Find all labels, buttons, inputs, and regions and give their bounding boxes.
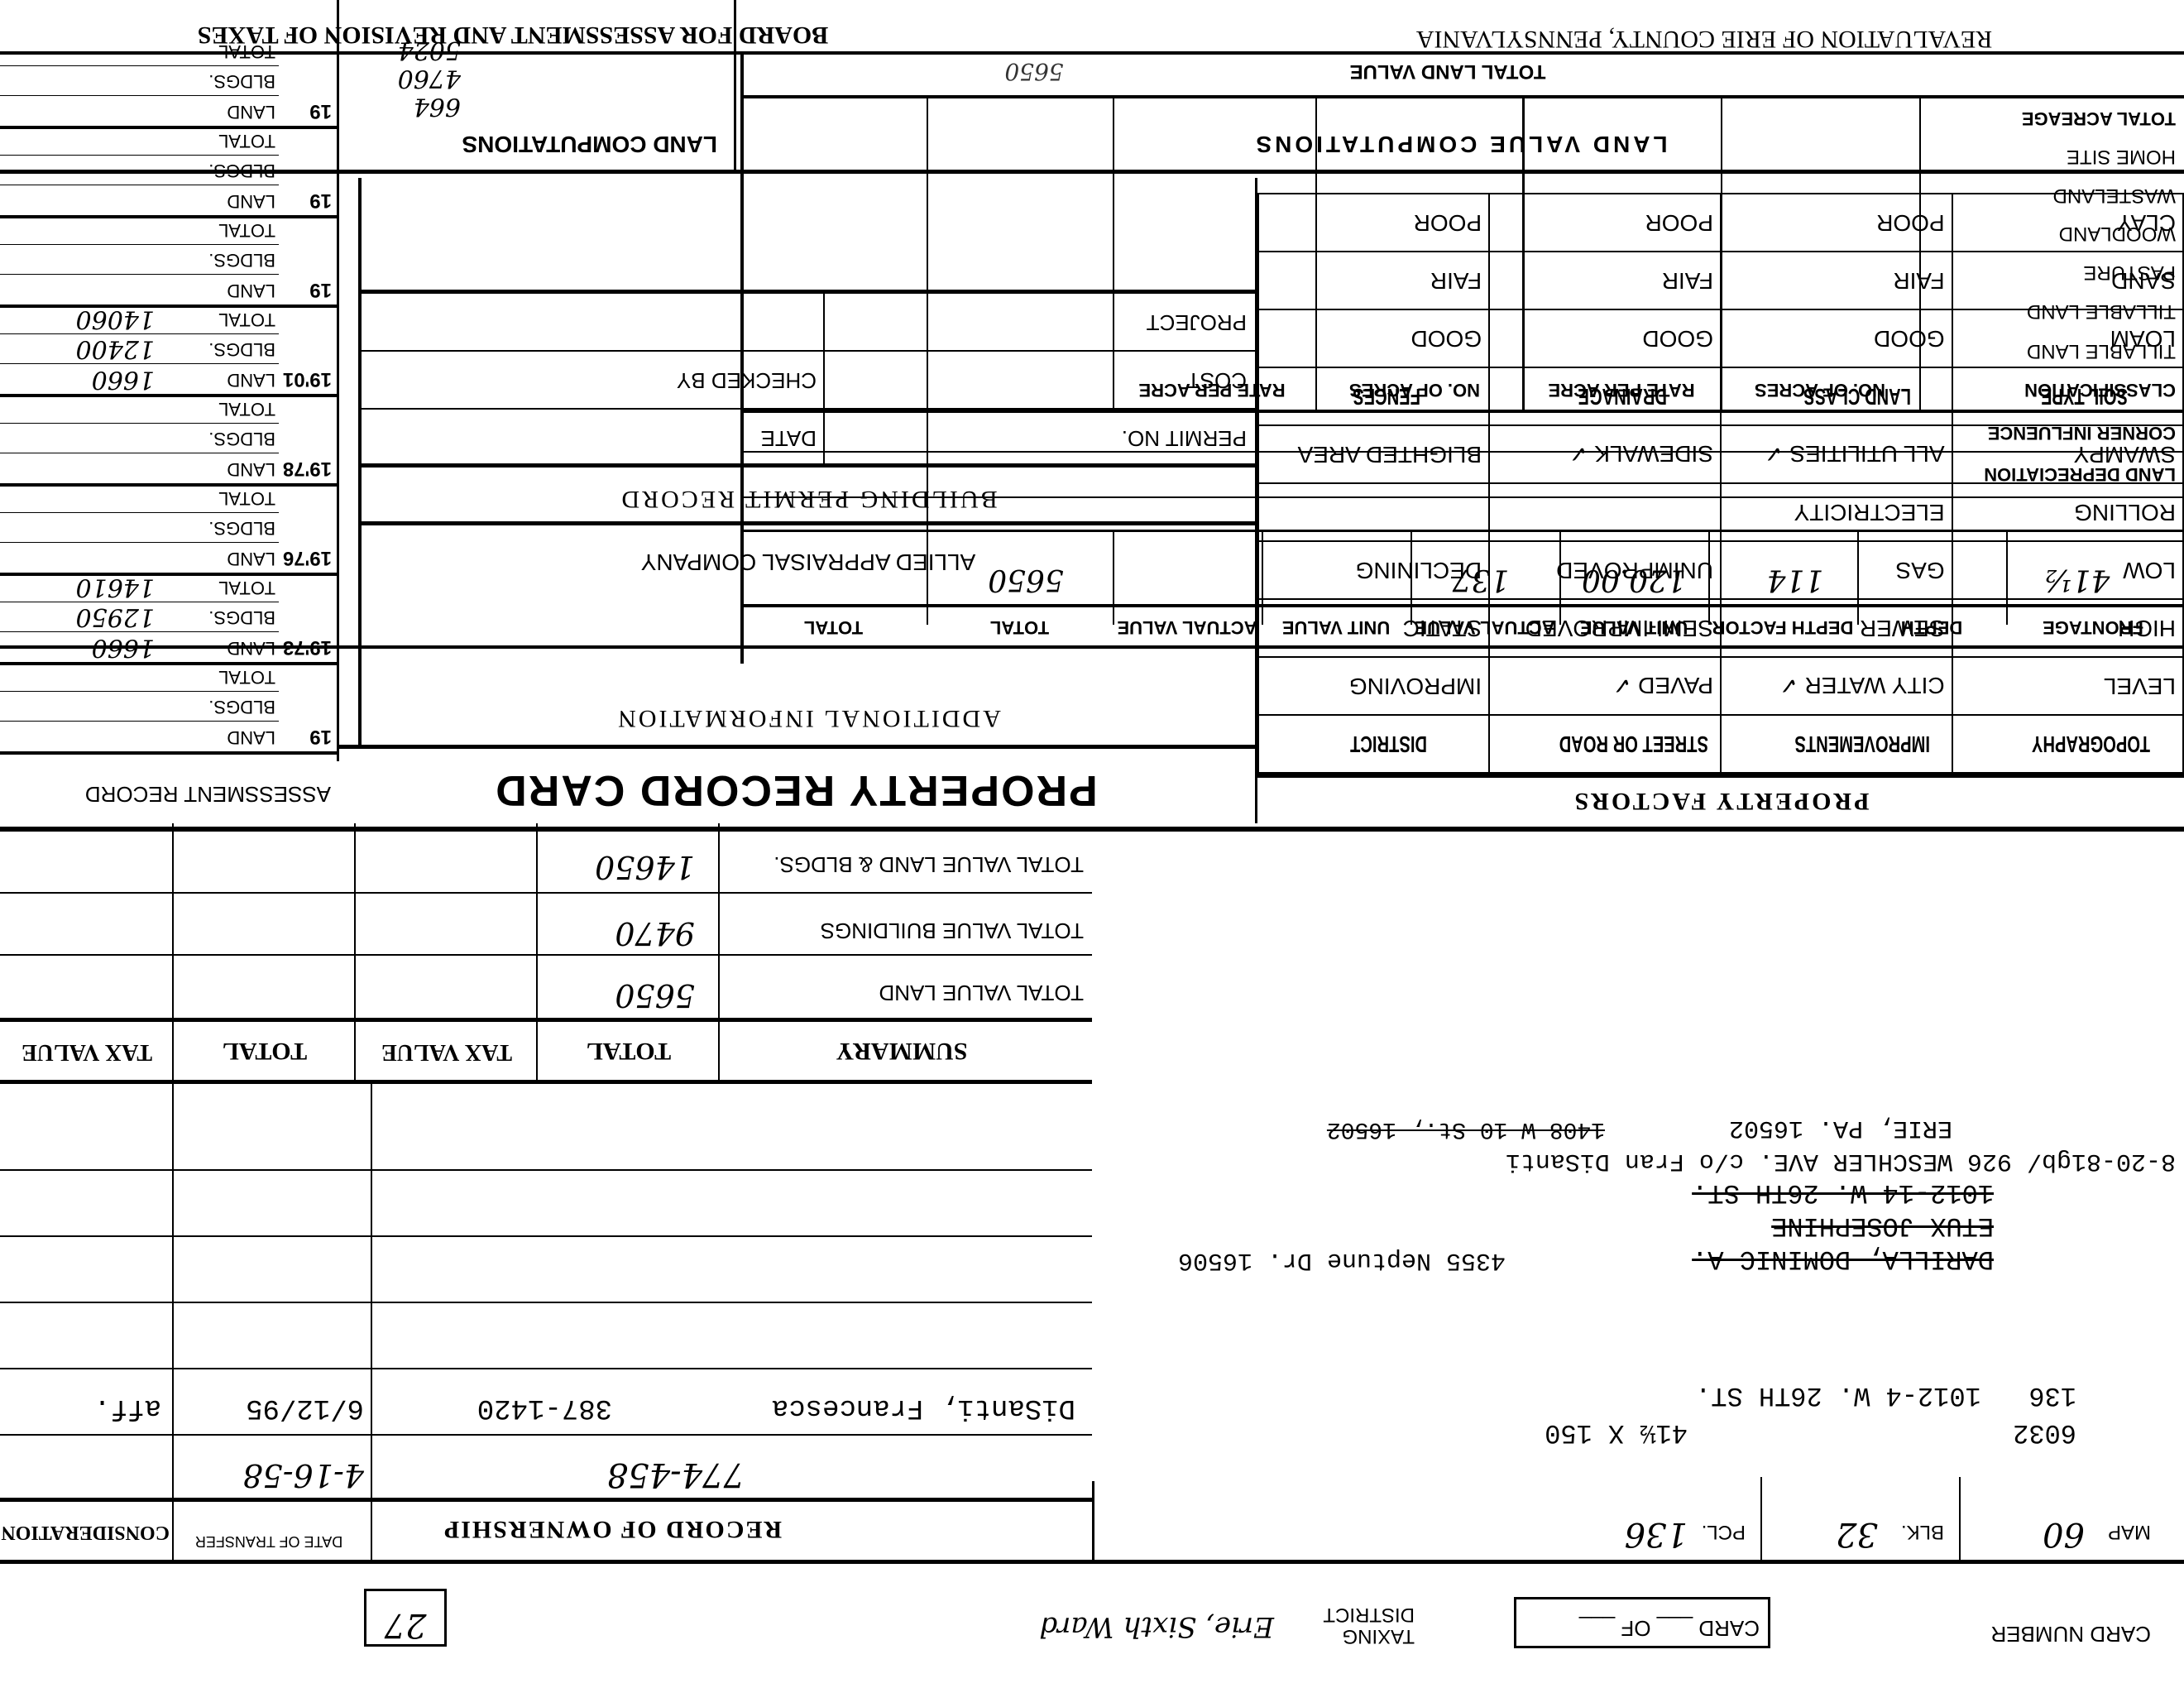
factor-low: LOW bbox=[1952, 541, 2183, 599]
assessment-row-label: LAND bbox=[227, 190, 275, 212]
card-of-box: CARD ___ OF ___ bbox=[1514, 1597, 1770, 1648]
mailing-old-address: 1408 W 10 St., 16502 bbox=[1327, 1116, 1605, 1142]
blk-label: BLK. bbox=[1901, 1520, 1944, 1543]
owner-line-situs: 136 1012-4 W. 26TH ST. bbox=[1695, 1380, 2076, 1411]
owner-address-block: 6032 41½ X 150 136 1012-4 W. 26TH ST. DA… bbox=[1092, 1134, 2184, 1481]
assessment-row-total: TOTAL bbox=[0, 215, 279, 245]
assessment-row-land: LAND bbox=[0, 722, 279, 751]
land-computations-title: LAND COMPUTATIONS bbox=[462, 131, 718, 157]
prior-owner-address: 1012-14 W. 26TH ST. bbox=[1692, 1177, 1994, 1208]
assessment-row-land: LAND bbox=[0, 96, 279, 126]
ownership-deed-1: 774-458 bbox=[607, 1455, 745, 1494]
property-record-card: CARD NUMBER CARD ___ OF ___ TAXING DISTR… bbox=[0, 0, 2184, 1688]
assessment-row-label: TOTAL bbox=[218, 666, 275, 688]
col-land-class: LAND CLASS bbox=[1803, 383, 1911, 410]
assessment-row-label: LAND bbox=[227, 458, 275, 480]
factor-swampy: SWAMPY bbox=[1952, 425, 2183, 483]
summary-total-header: TOTAL bbox=[538, 1037, 720, 1065]
assessment-row-bldgs: BLDGS. bbox=[0, 245, 279, 275]
assessment-row-total: TOTAL bbox=[0, 662, 279, 692]
assessment-row-label: LAND bbox=[227, 101, 275, 122]
summary-title: SUMMARY bbox=[736, 1037, 1067, 1065]
assessment-row-label: BLDGS. bbox=[208, 428, 275, 449]
factor-electricity: ELECTRICITY bbox=[1721, 483, 1952, 541]
factor-unimproved: UNIMPROVED bbox=[1489, 541, 1721, 599]
map-value: 60 bbox=[2043, 1515, 2085, 1553]
drainage-good: GOOD bbox=[1489, 309, 1721, 367]
prior-owner-name: DARILLA, DOMINIC A. bbox=[1692, 1244, 1994, 1274]
summary-buildings-label: TOTAL VALUE BUILDINGS bbox=[821, 918, 1084, 943]
assessment-row-total: TOTAL14060 bbox=[0, 305, 279, 334]
assessment-value: 1660 bbox=[92, 633, 155, 662]
assessment-row-total: TOTAL bbox=[0, 36, 279, 66]
summary-land-bldgs-label: TOTAL VALUE LAND & BLDGS. bbox=[773, 851, 1084, 877]
summary-tax-value-header-2: TAX VALUE bbox=[0, 1038, 174, 1065]
permit-date-label: DATE bbox=[761, 425, 817, 451]
assessment-year: 19'01 bbox=[282, 367, 332, 391]
col-improvements: IMPROVEMENTS bbox=[1795, 731, 1931, 757]
assessment-year-block: 19LANDBLDGS.TOTAL bbox=[0, 218, 337, 308]
assessment-row-label: BLDGS. bbox=[208, 607, 275, 628]
taxing-district-label: TAXING DISTRICT bbox=[1274, 1604, 1415, 1647]
assessment-row-land: LAND bbox=[0, 543, 279, 573]
assessment-year-block: 19LANDBLDGS.TOTAL bbox=[0, 665, 337, 755]
property-factors-title: PROPERTY FACTORS bbox=[1257, 787, 2184, 815]
summary-buildings-total: 9470 bbox=[615, 915, 695, 952]
assessment-year-block: 19'76LANDBLDGS.TOTAL bbox=[0, 487, 337, 576]
assessment-row-bldgs: BLDGS. bbox=[0, 692, 279, 722]
assessment-year: 19'78 bbox=[282, 457, 332, 480]
ownership-owner-2: DiSanti, Francesca bbox=[772, 1392, 1075, 1423]
mailing-note: 8-20-81gb/ 926 WESCHLER AVE. c/o Fran Di… bbox=[1506, 1147, 2176, 1175]
owner-line-account: 6032 bbox=[2013, 1417, 2076, 1448]
assessment-row-label: BLDGS. bbox=[208, 338, 275, 360]
assessment-year: 19 bbox=[282, 99, 332, 122]
checkmark-icon: ✓ bbox=[1764, 442, 1783, 468]
factor-improving: IMPROVING bbox=[1258, 657, 1489, 715]
assessment-row-land: LAND bbox=[0, 453, 279, 483]
assessment-row-label: LAND bbox=[227, 637, 275, 659]
assessment-row-label: LAND bbox=[227, 548, 275, 569]
summary-land-total: 5650 bbox=[615, 977, 695, 1014]
assessment-year: 19 bbox=[282, 278, 332, 301]
factor-level: LEVEL bbox=[1952, 657, 2183, 715]
owner-line-lot-size: 41½ X 150 bbox=[1545, 1417, 1688, 1448]
assessment-row-total: TOTAL bbox=[0, 126, 279, 156]
assessment-year-block: 19'01LAND1660BLDGS.12400TOTAL14060 bbox=[0, 308, 337, 397]
assessment-grid: 19LANDBLDGS.TOTAL19'73LAND1660BLDGS.1295… bbox=[0, 0, 339, 761]
factor-all-utilities: ALL UTILITIES ✓ bbox=[1721, 425, 1952, 483]
ownership-title: RECORD OF OWNERSHIP bbox=[364, 1515, 860, 1543]
card-id-strip: CARD NUMBER CARD ___ OF ___ TAXING DISTR… bbox=[0, 1572, 2184, 1655]
card-number-label: CARD NUMBER bbox=[1985, 1622, 2151, 1647]
factor-sidewalk: SIDEWALK ✓ bbox=[1489, 425, 1721, 483]
land-class-fair: FAIR bbox=[1721, 252, 1952, 309]
assessment-row-bldgs: BLDGS. bbox=[0, 66, 279, 96]
assessment-value: 14610 bbox=[76, 573, 155, 602]
col-topography: TOPOGRAPHY bbox=[2032, 731, 2150, 757]
current-address: 4355 Neptune Dr. 16506 bbox=[1178, 1246, 1506, 1274]
fences-fair: FAIR bbox=[1258, 252, 1489, 309]
assessment-row-label: TOTAL bbox=[218, 577, 275, 598]
assessment-row-label: BLDGS. bbox=[208, 696, 275, 717]
col-district: DISTRICT bbox=[1350, 731, 1427, 757]
fences-good: GOOD bbox=[1258, 309, 1489, 367]
factor-city-water: CITY WATER ✓ bbox=[1721, 657, 1952, 715]
assessment-row-label: TOTAL bbox=[218, 398, 275, 420]
assessment-row-label: TOTAL bbox=[218, 309, 275, 330]
assessment-value: 12400 bbox=[76, 334, 155, 363]
assessment-row-label: LAND bbox=[227, 727, 275, 748]
factor-rolling: ROLLING bbox=[1952, 483, 2183, 541]
property-factors-grid: TOPOGRAPHY IMPROVEMENTS STREET OR ROAD D… bbox=[1257, 193, 2184, 774]
land-value-title: LAND VALUE COMPUTATIONS bbox=[736, 131, 2184, 157]
assessment-row-land: LAND bbox=[0, 185, 279, 215]
assessment-row-bldgs: BLDGS. bbox=[0, 424, 279, 453]
consideration-header: CONSIDERATION bbox=[1, 1521, 170, 1543]
assessment-row-bldgs: BLDGS.12950 bbox=[0, 602, 279, 632]
prior-owner-etux: ETUX JOSEPHINE bbox=[1771, 1211, 1994, 1241]
col-fences: FENCES bbox=[1353, 383, 1421, 410]
col-street-or-road: STREET OR ROAD bbox=[1559, 731, 1708, 757]
mailing-city: ERIE, PA. 16502 bbox=[1729, 1114, 1952, 1142]
pcl-value: 136 bbox=[1625, 1515, 1688, 1553]
soil-loam: LOAM bbox=[1952, 309, 2183, 367]
drainage-poor: POOR bbox=[1489, 194, 1721, 252]
property-factors: PROPERTY FACTORS TOPOGRAPHY IMPROVEMENTS… bbox=[1257, 178, 2184, 823]
assessment-row-label: BLDGS. bbox=[208, 517, 275, 539]
record-card-center: PROPERTY RECORD CARD ADDITIONAL INFORMAT… bbox=[339, 178, 1257, 823]
assessment-year-block: 19'73LAND1660BLDGS.12950TOTAL14610 bbox=[0, 576, 337, 665]
assessment-value: 1660 bbox=[92, 365, 155, 394]
assessment-row-label: TOTAL bbox=[218, 219, 275, 241]
assessment-row-total: TOTAL bbox=[0, 483, 279, 513]
record-card-title: PROPERTY RECORD CARD bbox=[337, 765, 1255, 815]
soil-clay: CLAY bbox=[1952, 194, 2183, 252]
assessment-row-total: TOTAL14610 bbox=[0, 573, 279, 602]
ownership-consideration-2: aff. bbox=[93, 1392, 161, 1423]
assessment-row-land: LAND1660 bbox=[0, 364, 279, 394]
checkmark-icon: ✓ bbox=[1612, 674, 1631, 699]
summary-table: SUMMARY TOTAL TAX VALUE TOTAL TAX VALUE … bbox=[0, 827, 1092, 1084]
assessment-row-bldgs: BLDGS. bbox=[0, 513, 279, 543]
permit-cost-label: COST bbox=[1187, 367, 1247, 393]
assessment-year: 19 bbox=[282, 189, 332, 212]
assessment-row-total: TOTAL bbox=[0, 394, 279, 424]
summary-total-header-2: TOTAL bbox=[174, 1037, 356, 1065]
pcl-label: PCL. bbox=[1702, 1520, 1746, 1543]
assessment-row-label: TOTAL bbox=[218, 130, 275, 151]
col-drainage: DRAINAGE bbox=[1578, 383, 1667, 410]
map-label: MAP bbox=[2108, 1520, 2151, 1543]
assessment-row-label: TOTAL bbox=[218, 487, 275, 509]
ownership-record: RECORD OF OWNERSHIP DATE OF TRANSFER CON… bbox=[0, 1084, 1092, 1564]
blk-value: 32 bbox=[1836, 1515, 1878, 1553]
assessment-title: ASSESSMENT RECORD bbox=[85, 781, 331, 807]
assessment-year: 19'73 bbox=[282, 635, 332, 659]
checkmark-icon: ✓ bbox=[1779, 674, 1798, 699]
permit-checked-by-label: CHECKED BY bbox=[677, 367, 817, 393]
assessment-row-bldgs: BLDGS.12400 bbox=[0, 334, 279, 364]
assessment-row-label: BLDGS. bbox=[208, 249, 275, 271]
permit-no-label: PERMIT NO. bbox=[1122, 425, 1247, 451]
ownership-deed-2: 387-1420 bbox=[477, 1392, 612, 1423]
assessment-year: 19'76 bbox=[282, 546, 332, 569]
assessment-year-block: 19LANDBLDGS.TOTAL bbox=[0, 129, 337, 218]
assessment-year-block: 19LANDBLDGS.TOTAL bbox=[0, 40, 337, 129]
factor-high: HIGH bbox=[1952, 599, 2183, 657]
permit-record-title: BUILDING PERMIT RECORD bbox=[362, 485, 1255, 513]
drainage-fair: FAIR bbox=[1489, 252, 1721, 309]
factor-sewer: SEWER bbox=[1721, 599, 1952, 657]
ownership-date-1: 4-16-58 bbox=[242, 1457, 364, 1494]
box-number: 27 bbox=[364, 1589, 447, 1647]
taxing-district-value: Erie, Sixth Ward bbox=[943, 1610, 1274, 1643]
summary-land-label: TOTAL VALUE LAND bbox=[879, 980, 1084, 1005]
factor-static: STATIC bbox=[1258, 599, 1489, 657]
land-computations: LAND COMPUTATIONS 664 4760 5024 bbox=[339, 0, 736, 170]
factor-blighted-area: BLIGHTED AREA bbox=[1258, 425, 1489, 483]
assessment-value: 12950 bbox=[76, 602, 155, 631]
factor-gas: GAS bbox=[1721, 541, 1952, 599]
checkmark-icon: ✓ bbox=[1569, 442, 1588, 468]
fences-poor: POOR bbox=[1258, 194, 1489, 252]
assessment-row-label: BLDGS. bbox=[208, 70, 275, 92]
summary-tax-value-header: TAX VALUE bbox=[356, 1038, 538, 1065]
assessment-row-label: LAND bbox=[227, 280, 275, 301]
permit-project-label: PROJECT bbox=[1147, 309, 1247, 335]
assessment-row-label: TOTAL bbox=[218, 41, 275, 62]
map-blk-pcl-row: MAP 60 BLK. 32 PCL. 136 bbox=[1092, 1481, 2184, 1564]
soil-sand: SAND bbox=[1952, 252, 2183, 309]
assessment-value: 14060 bbox=[76, 305, 155, 333]
factor-semi-improved: SEMI-IMPROVED bbox=[1489, 599, 1721, 657]
land-computation-notes: 664 4760 5024 bbox=[398, 36, 461, 120]
assessment-row-label: LAND bbox=[227, 369, 275, 391]
factor-declining: DECLINING bbox=[1258, 541, 1489, 599]
ownership-date-2: 6/12/95 bbox=[246, 1392, 364, 1423]
land-class-good: GOOD bbox=[1721, 309, 1952, 367]
appraiser-label: ALLIED APPRAISAL COMPANY bbox=[362, 549, 1255, 575]
additional-info-label: ADDITIONAL INFORMATION bbox=[362, 704, 1255, 732]
land-class-poor: POOR bbox=[1721, 194, 1952, 252]
assessment-year-block: 19'78LANDBLDGS.TOTAL bbox=[0, 397, 337, 487]
date-of-transfer-header: DATE OF TRANSFER bbox=[174, 1532, 364, 1550]
land-value-computations: LAND VALUE COMPUTATIONS bbox=[736, 0, 2184, 170]
summary-land-bldgs-total: 14650 bbox=[595, 849, 695, 885]
factor-paved: PAVED ✓ bbox=[1489, 657, 1721, 715]
assessment-year: 19 bbox=[282, 725, 332, 748]
assessment-row-land: LAND1660 bbox=[0, 632, 279, 662]
assessment-row-land: LAND bbox=[0, 275, 279, 305]
col-soil-type: SOIL TYPE bbox=[2041, 383, 2128, 410]
